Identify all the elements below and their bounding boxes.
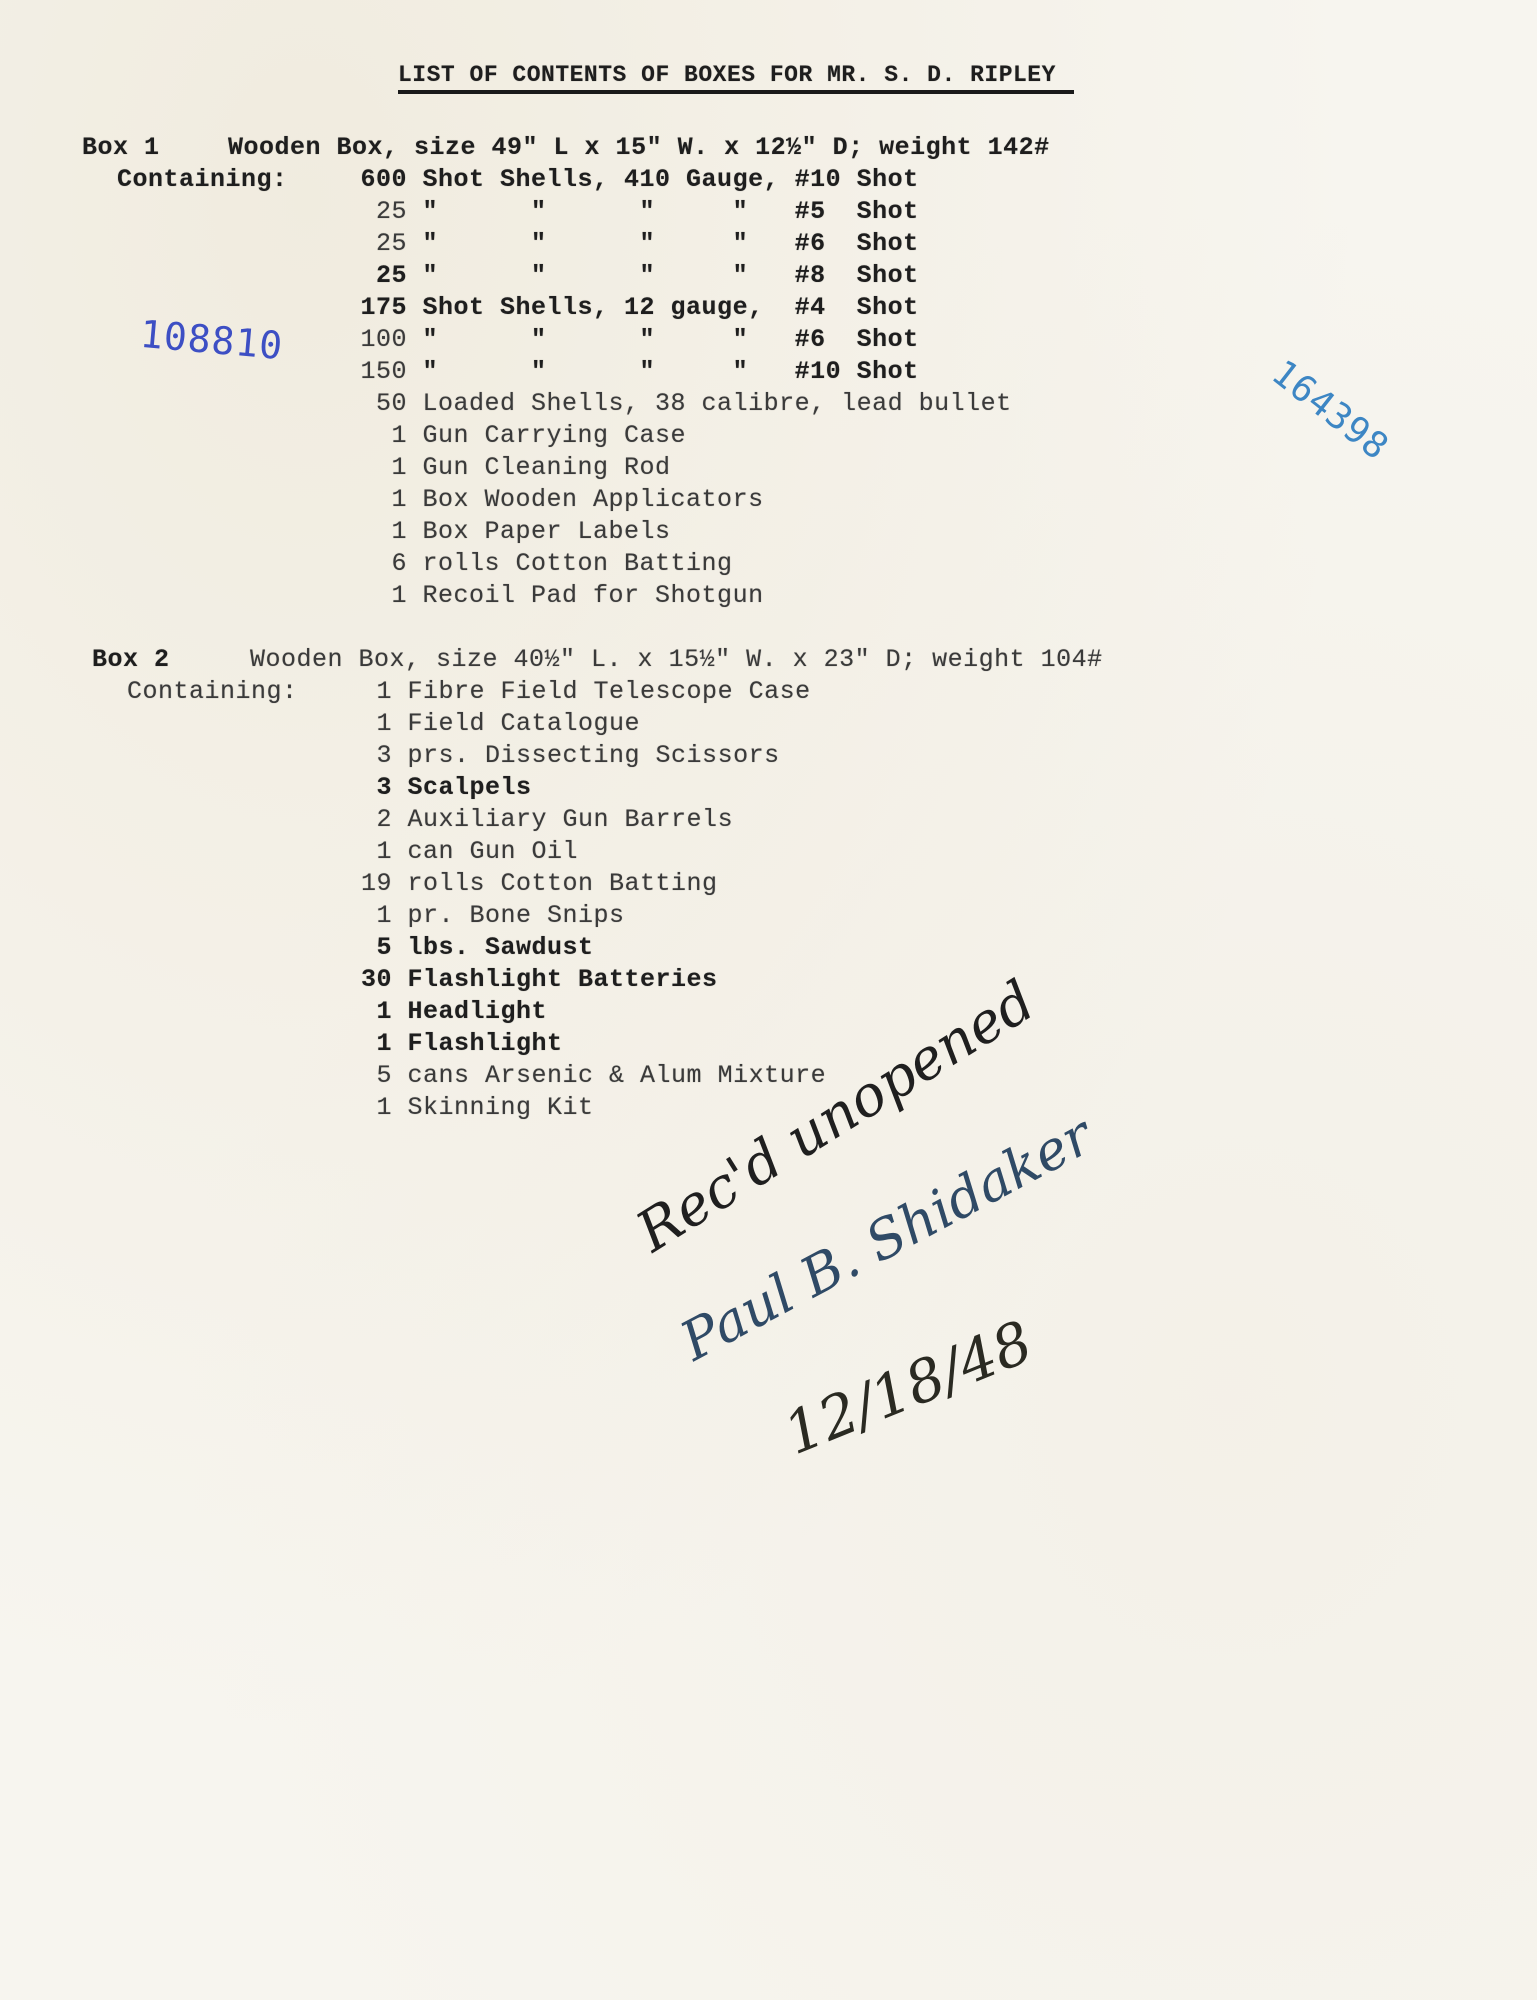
list-item: 1 pr. Bone Snips xyxy=(320,901,625,930)
box-2-label: Box 2 xyxy=(92,645,170,674)
list-item: 600 Shot Shells, 410 Gauge, #10 Shot xyxy=(335,165,919,194)
list-item: 1 Field Catalogue xyxy=(320,709,640,738)
list-item: 150 " " " " #10 Shot xyxy=(335,357,919,386)
list-item: 1 Recoil Pad for Shotgun xyxy=(335,581,764,610)
list-item: 3 prs. Dissecting Scissors xyxy=(320,741,780,770)
list-item: 5 cans Arsenic & Alum Mixture xyxy=(320,1061,826,1090)
list-item: 1 Headlight xyxy=(320,997,547,1026)
list-item: 25 " " " " #6 Shot xyxy=(335,229,919,258)
list-item: 1 Fibre Field Telescope Case xyxy=(320,677,811,706)
box-2-containing-label: Containing: xyxy=(127,677,298,706)
list-item: 1 Box Wooden Applicators xyxy=(335,485,764,514)
list-item: 25 " " " " #5 Shot xyxy=(335,197,919,226)
list-item: 1 can Gun Oil xyxy=(320,837,578,866)
list-item: 1 Gun Cleaning Rod xyxy=(335,453,671,482)
box-2-description: Wooden Box, size 40½" L. x 15½" W. x 23"… xyxy=(250,645,1103,674)
box-1-label: Box 1 xyxy=(82,133,160,162)
list-item: 1 Box Paper Labels xyxy=(335,517,671,546)
box-1-description: Wooden Box, size 49" L x 15" W. x 12½" D… xyxy=(228,133,1050,162)
list-item: 5 lbs. Sawdust xyxy=(320,933,594,962)
list-item: 19 rolls Cotton Batting xyxy=(320,869,718,898)
list-item: 25 " " " " #8 Shot xyxy=(335,261,919,290)
list-item: 1 Skinning Kit xyxy=(320,1093,594,1122)
list-item: 3 Scalpels xyxy=(320,773,532,802)
list-item: 1 Flashlight xyxy=(320,1029,563,1058)
list-item: 50 Loaded Shells, 38 calibre, lead bulle… xyxy=(335,389,1012,418)
document-title: LIST OF CONTENTS OF BOXES FOR MR. S. D. … xyxy=(398,62,1074,94)
list-item: 2 Auxiliary Gun Barrels xyxy=(320,805,733,834)
list-item: 30 Flashlight Batteries xyxy=(320,965,718,994)
list-item: 175 Shot Shells, 12 gauge, #4 Shot xyxy=(335,293,919,322)
list-item: 6 rolls Cotton Batting xyxy=(335,549,733,578)
list-item: 100 " " " " #6 Shot xyxy=(335,325,919,354)
box-1-containing-label: Containing: xyxy=(117,165,288,194)
list-item: 1 Gun Carrying Case xyxy=(335,421,686,450)
